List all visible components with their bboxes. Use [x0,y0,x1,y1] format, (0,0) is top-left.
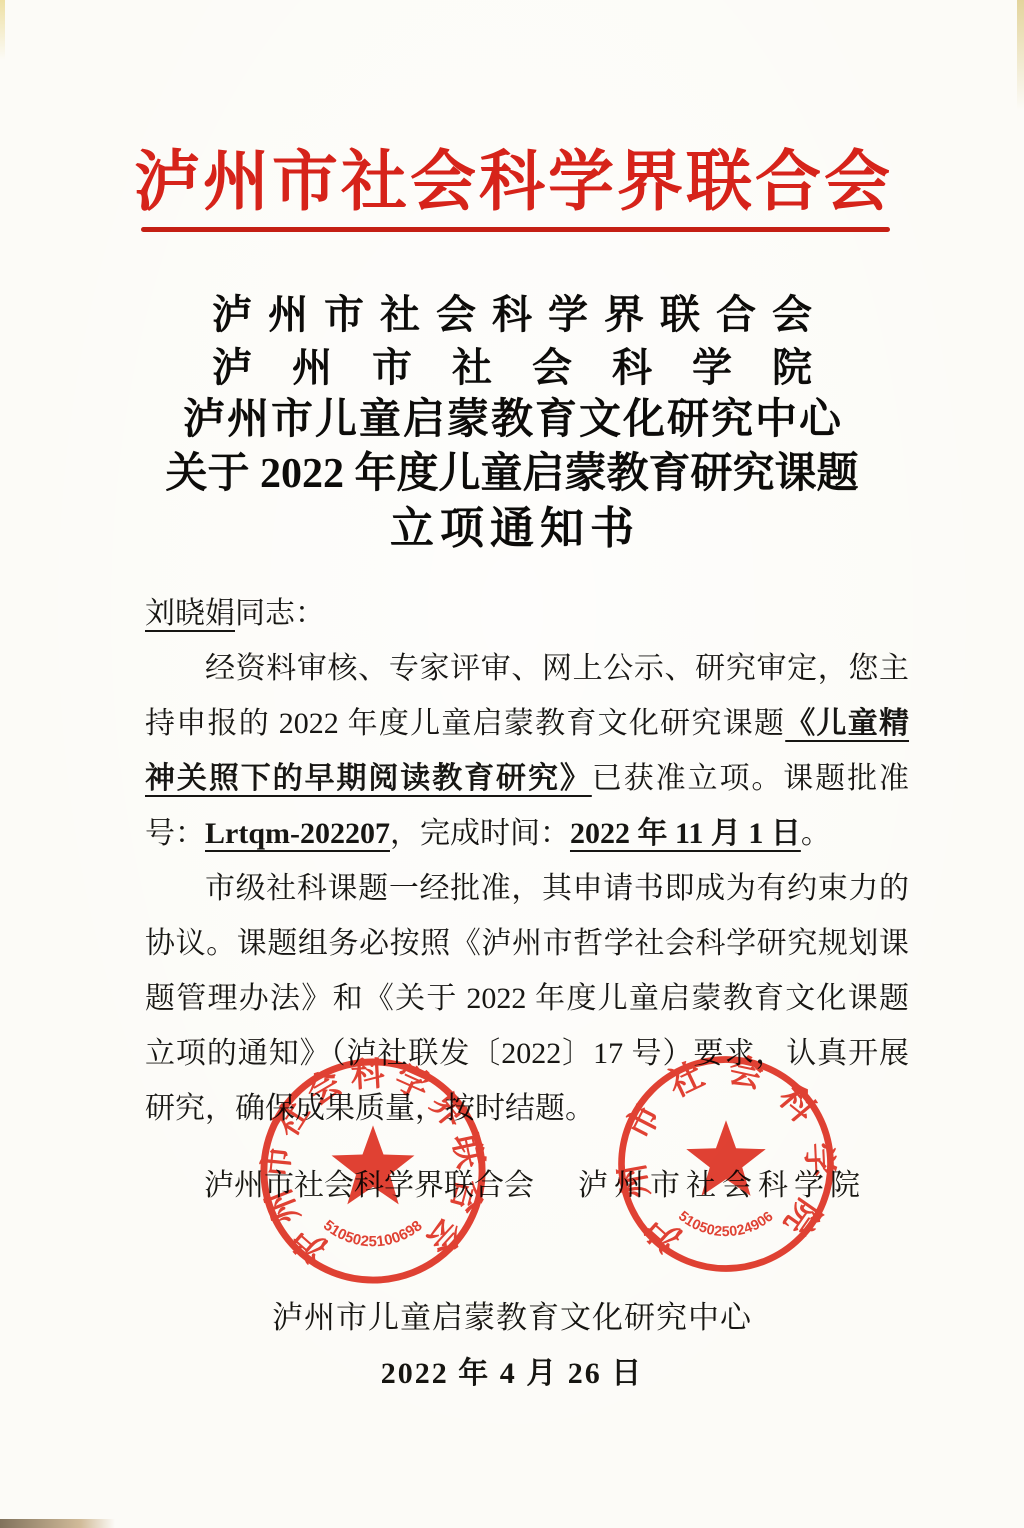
svg-text:5105025100698: 5105025100698 [320,1217,427,1250]
footer-date: 2022 年 4 月 26 日 [0,1348,1024,1392]
title-line-subject: 关于 2022 年度儿童启蒙教育研究课题 [0,447,1024,501]
title-line-notice-type: 立项通知书 [0,501,1024,557]
letterhead-org-name: 泸州市社会科学界联合会 [0,128,1024,223]
body-paragraph-approval: 经资料审核、专家评审、网上公示、研究审定，您主持申报的 2022 年度儿童启蒙教… [145,641,909,861]
footer-issuing-org: 泸州市儿童启蒙教育文化研究中心 [0,1292,1024,1337]
title-line-research-center: 泸州市儿童启蒙教育文化研究中心 [0,394,1024,447]
seal-star-icon [686,1120,765,1196]
seal-code: 5105025024906 [675,1208,777,1240]
title-line-academy: 泸州市社会科学院 [0,341,1024,394]
text-segment: Lrtqm-202207 [205,817,390,850]
text-segment: 2022 年 11 月 1 日 [570,817,801,850]
text-segment: 刘晓娟 [145,597,235,630]
salutation: 刘晓娟同志： [145,586,909,641]
seal-code: 5105025100698 [320,1217,427,1250]
text-segment: 。 [801,817,831,850]
scan-edge-artifact [0,0,5,60]
letterhead-divider-rule [141,227,890,232]
official-seal-federation-icon: 泸州市社会科学界联合会 5105025100698 [254,1052,492,1290]
title-line-federation: 泸州市社会科学界联合会 [0,288,1024,341]
document-page: 泸州市社会科学界联合会 泸州市社会科学界联合会 泸州市社会科学院 泸州市儿童启蒙… [0,0,1024,1528]
seal-star-icon [332,1125,415,1204]
document-title-block: 泸州市社会科学界联合会 泸州市社会科学院 泸州市儿童启蒙教育文化研究中心 关于 … [0,288,1024,557]
scan-edge-artifact [0,1519,115,1528]
text-segment: 同志： [235,597,325,630]
scan-edge-artifact [1017,0,1024,110]
official-seal-academy-icon: 泸州市社会科学院 5105025024906 [612,1050,840,1278]
svg-text:5105025024906: 5105025024906 [675,1208,777,1240]
text-segment: ，完成时间： [390,817,570,850]
